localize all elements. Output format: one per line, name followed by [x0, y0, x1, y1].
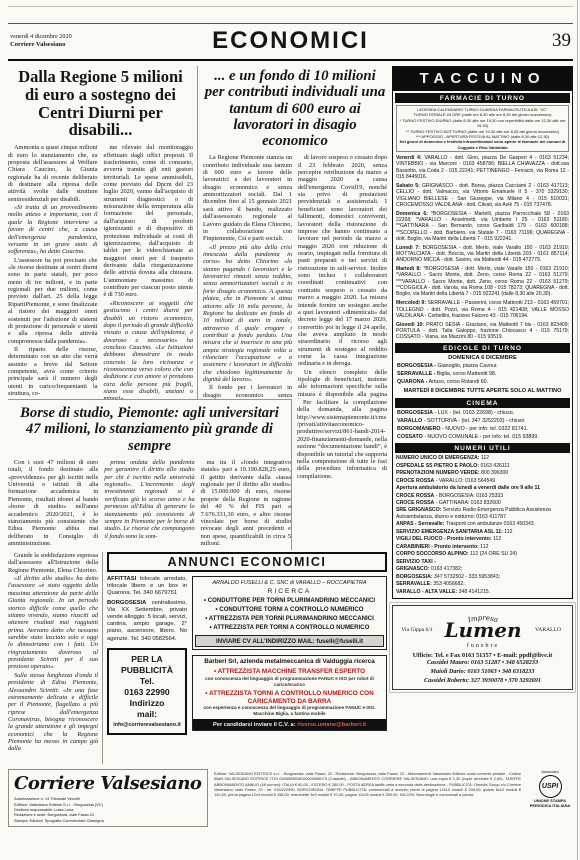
article-column-2: prima ondata della pandemia per garantir…: [104, 459, 194, 550]
numero-utile-entry: CORPO SOCCORSO ALPINO: 112 (24 ORE SU 24…: [396, 551, 569, 557]
borse-column-continuation: Grande la soddisfazione espressa dall'as…: [8, 552, 103, 764]
barberi-job-title: • ATTREZZISTA TORNI A CONTROLLO NUMERICO…: [197, 690, 382, 705]
article-columns: Con i suoi 47 milioni di euro totali, il…: [8, 459, 291, 550]
masthead-logo: Corriere Valsesiano: [14, 773, 202, 794]
numero-value: 347 5732502 - 333 5953843;: [434, 574, 500, 580]
fuselli-position: • CONDUTTORE TORNI A CONTROLLO NUMERICO: [196, 606, 383, 615]
paragraph-quote: «Si tratta di un provvedimento molto att…: [8, 204, 98, 256]
paragraph: Il riparto delle risorse, determinato co…: [8, 346, 98, 398]
numero-utile-entry: ANPAS - Serravalle: Trasporti con ambula…: [396, 521, 569, 527]
article-title: Dalla Regione 5 milioni di euro a sosteg…: [10, 68, 191, 139]
numero-label: ANPAS - Serravalle:: [396, 521, 444, 527]
article-centri-diurni: Dalla Regione 5 milioni di euro a sosteg…: [8, 66, 197, 399]
farmacie-entry: Martedì 8: *BORGOSESIA - dott. Merlo, vi…: [396, 266, 569, 298]
barberi-title: Barberi Srl, azienda metalmeccanica di V…: [199, 658, 380, 666]
cinema-detail: - NUOVO COMUNALE - per info: tel. 015 93…: [424, 434, 539, 440]
numero-label: BORGOSESIA:: [396, 574, 433, 580]
lumen-address: Via Gippa 6/1: [398, 627, 436, 633]
paragraph: L'assessore ha poi precisato che «le ris…: [8, 257, 98, 345]
cinema-entry: COSSATO - NUOVO COMUNALE - per info: tel…: [397, 434, 568, 441]
numero-label: OSPEDALE SS PIETRO E PAOLO:: [396, 463, 479, 469]
numero-label: Apertura ambulatorio da lunedì a venerdì…: [396, 485, 540, 491]
page-footer: Corriere Valsesiano Autorizzazione n. 14…: [8, 769, 573, 827]
fuselli-position: • ATTREZZISTA PER TORNI A CONTROLLO NUME…: [196, 624, 383, 633]
page-header: venerdì 4 dicembre 2020 Corriere Valsesi…: [8, 23, 573, 61]
numero-label: CROCE ROSSA: [396, 478, 434, 484]
edicola-entry: QUARONA - Artuso, corso Rolandi 60.: [397, 379, 568, 386]
classified-header: ANNUNCI ECONOMICI: [107, 552, 387, 572]
farmacie-entries: Venerdì 4: VARALLO - dott. Gino, piazza …: [396, 155, 569, 340]
paragraph-quote: «Riconoscere ai soggetti che gestiscono …: [104, 300, 194, 399]
masthead-detail-line: Stampa: Edizioni Tipografia Commerciale …: [14, 818, 202, 823]
paragraph: Un elenco completo delle tipologie di be…: [298, 369, 387, 399]
article-columns: La Regione Piemonte stanzia un contribut…: [203, 154, 387, 399]
fuselli-positions: • CONDUTTORE PER TORNI PLURIMANDRINO MEC…: [196, 597, 383, 632]
entry-text: VARALLO - dott. Gino, piazza De Gasperi …: [396, 155, 569, 180]
numero-utile-entry: CARABINIERI - Pronto intervento: 112: [396, 544, 569, 550]
page-trim-line: [8, 6, 573, 7]
fuselli-job-ad: ARNALDO FUSELLI & C. SNC di VARALLO – RO…: [192, 576, 387, 650]
numero-value: 0163 417382;: [431, 566, 462, 572]
article-columns: Ammonta a quasi cinque milioni di euro l…: [8, 144, 193, 399]
barberi-jobs: • ATTREZZISTA MACCHINE TRANSFER ESPERTO …: [193, 668, 386, 717]
paragraph-quote: «Il diritto allo studio» ha detto l'asse…: [8, 575, 98, 671]
lumen-contact-line: Cassidei Mauro: 0163 51287 • 348 6528233: [398, 659, 567, 668]
numero-utile-entry: SERVIZIO EMERGENZA SANITARIA ASL 11: 112: [396, 529, 569, 535]
association-logos: Associato USPI UNIONE STAMPA PERIODICA I…: [527, 769, 573, 809]
article-title: ... e un fondo di 10 milioni per contrib…: [203, 68, 387, 149]
advertising-contact-line: 0163 22990: [110, 687, 184, 698]
paragraph: di lavoro sospeso o cessato dopo il 23 f…: [298, 154, 387, 367]
barberi-job: • ATTREZZISTA MACCHINE TRANSFER ESPERTO …: [193, 668, 386, 688]
display-ads-column: ARNALDO FUSELLI & C. SNC di VARALLO – RO…: [192, 576, 387, 735]
numero-label: CARABINIERI - Pronto intervento:: [396, 544, 479, 550]
barberi-cv-label: Per candidarsi inviare il C.V. a:: [213, 722, 296, 728]
advertising-contact-box: PER LAPUBBLICITÀTel.0163 22990Indirizzom…: [107, 648, 187, 735]
entry-day: Venerdì 4:: [396, 155, 422, 161]
edicola-town: QUARONA -: [397, 379, 427, 385]
numero-label: SRE GRIGNASCO:: [396, 507, 441, 513]
cinema-detail: - LUX - (tel. 0163 22698) - chiuso.: [434, 410, 514, 416]
paragraph: Per facilitare la compilazione della dom…: [297, 399, 387, 480]
advertising-contact-line: PER LA: [110, 654, 184, 665]
lumen-logo: Impresa Lumen funebre: [439, 609, 527, 651]
edition-info: venerdì 4 dicembre 2020 Corriere Valsesi…: [10, 33, 128, 50]
numeri-utili-items: NUMERO UNICO DI EMERGENZA: 112 OSPEDALE …: [393, 455, 572, 595]
lumen-office-line: Ufficio: Tel. e Fax 0163 51357 • E-mail:…: [398, 652, 567, 659]
borse-row: Borse di studio, Piemonte: agli universi…: [8, 399, 387, 550]
lumen-contacts: Cassidei Mauro: 0163 51287 • 348 6528233…: [398, 659, 567, 685]
numero-value: - GATTINARA: 0163 832600: [436, 500, 501, 506]
numero-utile-entry: NUMERO UNICO DI EMERGENZA: 112: [396, 455, 569, 461]
numeri-utili-header: NUMERI UTILI: [395, 443, 570, 453]
numero-utile-entry: SERVIZIO TAXI -: [396, 559, 569, 565]
farmacie-legend: LEGENDA CALENDARIO TURNO GUARDIA FARMACE…: [396, 105, 569, 152]
numero-label: CROCE ROSSA: [396, 493, 434, 499]
paper-name: Corriere Valsesiano: [10, 41, 128, 50]
paragraph: Con i suoi 47 milioni di euro totali, il…: [8, 459, 98, 547]
numero-label: NUMERO UNICO DI EMERGENZA:: [396, 455, 479, 461]
barberi-job-description: con esperienza e conoscenza del linguagg…: [201, 705, 378, 717]
numero-value: - VARALLO: 0163 564549: [436, 478, 495, 484]
cinema-town: BORGOSESIA: [397, 410, 433, 416]
edicola-detail: Gianoglio, piazza Cavour.: [437, 363, 497, 369]
paragraph-quote: «Il prezzo più alto della crisi innescat…: [203, 244, 292, 384]
barberi-job: • ATTREZZISTA TORNI A CONTROLLO NUMERICO…: [193, 690, 386, 717]
paragraph-quote: Sulla stessa lunghezza d'onda il preside…: [8, 672, 98, 753]
cinema-detail: - SOTTORIVA - (tel. 347 3252203) - chius…: [424, 418, 525, 424]
numero-label: SERRAVALLE:: [396, 581, 432, 587]
advertising-contact-line: PUBBLICITÀ: [110, 665, 184, 676]
lumen-town: VARALLO: [529, 627, 567, 633]
numero-label: GRIGNASCO:: [396, 566, 429, 572]
edicola-entry: SERRAVALLE - Biglia, corso Matteotti 98.: [397, 371, 568, 378]
cinema-entry: VARALLO - SOTTORIVA - (tel. 347 3252203)…: [397, 418, 568, 425]
small-ads-column: AFFITTASI bilocale arredato, trilocale l…: [107, 576, 187, 735]
numero-utile-entry: SERRAVALLE: 353 4056682;: [396, 581, 569, 587]
barberi-cv-email: risorse.umane@barberi.it: [297, 722, 366, 728]
lumen-funeral-ad: Via Gippa 6/1 Impresa Lumen funebre VARA…: [392, 605, 573, 690]
entry-text: *BORGOSESIA - dott. Merlo, viale Varallo…: [396, 266, 569, 297]
fuselli-position: • CONDUTTORE PER TORNI PLURIMANDRINO MEC…: [196, 597, 383, 606]
numero-label: SERVIZIO TAXI -: [396, 559, 436, 565]
article-borse-di-studio: Borse di studio, Piemonte: agli universi…: [8, 399, 291, 550]
article-column-1: Con i suoi 47 milioni di euro totali, il…: [8, 459, 98, 550]
legend-line: TURNO FERIALE 24 ORE (dalle ore 8,30 all…: [399, 112, 566, 117]
paragraph: Il fondo per i lavoratori in disagio eco…: [203, 384, 292, 399]
edicole-header: EDICOLE DI TURNO: [395, 343, 570, 353]
fuselli-position: • ATTREZZISTA PER TORNI PLURIMANDRINO ME…: [196, 615, 383, 624]
cinema-town: COSSATO: [397, 434, 423, 440]
legend-line: Nei giorni di domenica e festività infra…: [399, 139, 566, 150]
farmacie-entry: Venerdì 4: VARALLO - dott. Gino, piazza …: [396, 155, 569, 180]
numero-label: CROCE ROSSA: [396, 500, 434, 506]
small-ad: BORGOSESIA centralissimo, Via XX Settemb…: [107, 600, 187, 642]
cinema-detail: - NUOVO - per info: tel. 0322 81741.: [442, 426, 528, 432]
classified-ads-section: ANNUNCI ECONOMICI AFFITTASI bilocale arr…: [107, 552, 387, 764]
article-column-3: ma tra il «fondo integrativo statale» pa…: [201, 459, 291, 550]
numero-value: 112 (24 ORE SU 24): [470, 551, 517, 557]
entry-day: Giovedì 10:: [396, 322, 424, 328]
article-title: Borse di studio, Piemonte: agli universi…: [12, 405, 287, 454]
numero-utile-entry: OSPEDALE SS PIETRO E PAOLO: 0163 426111: [396, 463, 569, 469]
colophon-fine-print: Editore: VALSESIANO EDITRICE s.r.l. - Bo…: [214, 769, 521, 797]
barberi-job-title: • ATTREZZISTA MACCHINE TRANSFER ESPERTO: [197, 668, 382, 676]
taccuino-box: TACCUINO FARMACIE DI TURNO LEGENDA CALEN…: [392, 66, 573, 599]
article-fondo-10-milioni: ... e un fondo di 10 milioni per contrib…: [197, 66, 387, 399]
masthead-details: Autorizzazione n. 14 Tribunale VercelliE…: [14, 796, 202, 823]
numero-value: - BORGOSESIA: 0163 25333: [436, 493, 503, 499]
edicola-detail: Artuso, corso Rolandi 60.: [429, 379, 488, 385]
numero-label: SERVIZIO EMERGENZA SANITARIA ASL 11:: [396, 529, 503, 535]
ad-lead-word: BORGOSESIA: [107, 600, 146, 606]
article2-column-continuation: Per facilitare la compilazione della dom…: [291, 399, 387, 550]
uspi-logo: USPI: [539, 775, 562, 798]
cinema-header: CINEMA: [395, 398, 570, 408]
unione-stampa-label: UNIONE STAMPA PERIODICA ITALIANA: [527, 799, 573, 809]
ad-lead-word: AFFITTASI: [107, 576, 136, 582]
farmacie-entry: Sabato 5: GRIGNASCO - dott. Borsa, piazz…: [396, 183, 569, 208]
entry-day: Sabato 5:: [396, 183, 420, 189]
advertising-contact-line: Indirizzo: [110, 698, 184, 709]
lumen-logo-row: Via Gippa 6/1 Impresa Lumen funebre VARA…: [398, 609, 567, 651]
cinema-town: VARALLO: [397, 418, 422, 424]
legend-line: * TURNO FESTIVO DIURNO (dalle 8,30 alle …: [399, 118, 566, 129]
paragraph: Grande la soddisfazione espressa dall'as…: [8, 552, 98, 574]
lumen-subtitle: funebre: [466, 642, 498, 649]
farmacie-entry: Lunedì 7: BORGOSESIA - dott. Merlo, vial…: [396, 245, 569, 264]
numero-value: 112: [504, 529, 512, 535]
farmacie-header: FARMACIE DI TURNO: [395, 93, 570, 103]
numero-value: 112: [493, 536, 501, 542]
numero-value: Trasporti con ambulanze 0163 450343: [446, 521, 534, 527]
entry-text: BORGOSESIA - dott. Merlo, viale Varallo …: [396, 245, 569, 264]
entry-text: GRIGNASCO - dott. Borsa, piazza Cacciami…: [396, 183, 569, 208]
cinema-entry: BORGOSESIA - LUX - (tel. 0163 22698) - c…: [397, 410, 568, 417]
classified-body: AFFITTASI bilocale arredato, trilocale l…: [107, 576, 387, 735]
farmacie-entry: Giovedì 10: PRATO SESIA - Graziano, via …: [396, 322, 569, 341]
fuselli-cv-instruction: INVIARE CV ALL'INDIRIZZO MAIL: fuselli@f…: [195, 635, 384, 647]
ad-text: centralissimo, Via XX Settembre, privato…: [107, 600, 187, 641]
main-content: Dalla Regione 5 milioni di euro a sosteg…: [8, 66, 573, 764]
barberi-job-description: con conoscenza del linguaggio di program…: [201, 676, 378, 688]
numero-label: VARALLO - ALTA VALLE:: [396, 589, 457, 595]
cinema-entry: BORGOMANERO - NUOVO - per info: tel. 032…: [397, 426, 568, 433]
numero-label: VIGILI DEL FUOCO - Pronto intervento:: [396, 536, 492, 542]
article-column-1: La Regione Piemonte stanzia un contribut…: [203, 154, 292, 399]
entry-day: Domenica 6:: [396, 211, 428, 217]
farmacie-entry: Mercoledì 9: SERRAVALLE - Passerini, cor…: [396, 300, 569, 319]
edicole-note: MARTEDÌ 8 DICEMBRE TUTTE APERTE SOLO AL …: [403, 388, 562, 395]
page-number: 39: [453, 30, 571, 52]
edicola-entry: BORGOSESIA - Gianoglio, piazza Cavour.: [397, 363, 568, 370]
fuselli-ricerca-label: RICERCA: [196, 588, 383, 595]
entry-day: Martedì 8:: [396, 266, 421, 272]
entry-day: Mercoledì 9:: [396, 300, 426, 306]
cinema-town: BORGOMANERO: [397, 426, 441, 432]
numero-value: 353 4056682;: [433, 581, 464, 587]
numero-utile-entry: CROCE ROSSA - GATTINARA: 0163 832600: [396, 500, 569, 506]
taccuino-title: TACCUINO: [393, 67, 572, 91]
cinema-items: BORGOSESIA - LUX - (tel. 0163 22698) - c…: [393, 410, 572, 441]
masthead-box: Corriere Valsesiano Autorizzazione n. 14…: [8, 769, 208, 827]
edicole-date: DOMENICA 6 DICEMBRE: [393, 355, 572, 361]
edicola-town: BORGOSESIA -: [397, 363, 436, 369]
numero-value: 112: [480, 544, 488, 550]
articles-zone: Dalla Regione 5 milioni di euro a sosteg…: [8, 66, 387, 764]
numero-label: PRENOTAZIONI NUMERO VERDE:: [396, 470, 480, 476]
numero-utile-entry: BORGOSESIA: 347 5732502 - 333 5953843;: [396, 574, 569, 580]
paragraph: Ammonta a quasi cinque milioni di euro l…: [8, 144, 98, 203]
lumen-contact-line: Maioli Dario: 0163 51063 • 348 6318233: [398, 668, 567, 677]
numero-value: 112: [481, 455, 489, 461]
article-column-1: Ammonta a quasi cinque milioni di euro l…: [8, 144, 98, 399]
numero-label: CORPO SOCCORSO ALPINO:: [396, 551, 469, 557]
article-column-2: di lavoro sospeso o cessato dopo il 23 f…: [298, 154, 387, 399]
numero-utile-entry: CROCE ROSSA - BORGOSESIA: 0163 25333: [396, 493, 569, 499]
numero-value: 348 4141215.: [459, 589, 490, 595]
lumen-name: Lumen: [443, 618, 521, 642]
numero-utile-entry: PRENOTAZIONI NUMERO VERDE: 800 396300: [396, 470, 569, 476]
edicole-items: BORGOSESIA - Gianoglio, piazza Cavour. S…: [393, 363, 572, 386]
numero-utile-entry: VIGILI DEL FUOCO - Pronto intervento: 11…: [396, 536, 569, 542]
lumen-contact-line: Cassidei Roberto: 327 3930078 • 370 3292…: [398, 677, 567, 686]
farmacie-entry: Domenica 6: *BORGOSESIA - Martelli, piaz…: [396, 211, 569, 243]
small-ads-list: AFFITTASI bilocale arredato, trilocale l…: [107, 576, 187, 643]
taccuino-column: TACCUINO FARMACIE DI TURNO LEGENDA CALEN…: [392, 66, 573, 764]
top-articles-row: Dalla Regione 5 milioni di euro a sosteg…: [8, 66, 387, 399]
numero-utile-entry: VARALLO - ALTA VALLE: 348 4141215.: [396, 589, 569, 595]
small-ad: AFFITTASI bilocale arredato, trilocale l…: [107, 576, 187, 597]
barberi-job-ad: Barberi Srl, azienda metalmeccanica di V…: [192, 655, 387, 731]
advertising-contact-line: Tel.: [110, 676, 184, 687]
entry-day: Lunedì 7:: [396, 245, 420, 251]
paragraph: me rilevato dal monitoraggio effettuato …: [104, 144, 194, 299]
advertising-contact-line: mail:: [110, 709, 184, 720]
associato-label: Associato: [527, 769, 573, 774]
newspaper-page: venerdì 4 dicembre 2020 Corriere Valsesi…: [0, 0, 580, 860]
numero-utile-entry: SRE GRIGNASCO: Servizio Radio Emergenza …: [396, 507, 569, 520]
advertising-contact-line: info@corrierevalsesiano.it: [110, 722, 184, 729]
bottom-row: Grande la soddisfazione espressa dall'as…: [8, 552, 387, 764]
article-column-2: me rilevato dal monitoraggio effettuato …: [104, 144, 194, 399]
numero-value: 800 396300: [481, 470, 508, 476]
date-line: venerdì 4 dicembre 2020: [10, 33, 128, 41]
numero-utile-entry: Apertura ambulatorio da lunedì a venerdì…: [396, 485, 569, 491]
paragraph: La Regione Piemonte stanzia un contribut…: [203, 154, 292, 242]
section-title: ECONOMICI: [128, 27, 453, 55]
numero-utile-entry: CROCE ROSSA - VARALLO: 0163 564549: [396, 478, 569, 484]
paragraph: prima ondata della pandemia per garantir…: [104, 459, 194, 540]
edicola-detail: Biglia, corso Matteotti 98.: [437, 371, 496, 377]
barberi-cv-instruction: Per candidarsi inviare il C.V. a: risors…: [193, 719, 386, 730]
edicola-town: SERRAVALLE -: [397, 371, 435, 377]
fuselli-company-name: ARNALDO FUSELLI & C. SNC di VARALLO – RO…: [196, 580, 383, 586]
numero-utile-entry: GRIGNASCO: 0163 417382;: [396, 566, 569, 572]
paragraph: ma tra il «fondo integrativo statale» pa…: [201, 459, 291, 547]
numero-value: 0163 426111: [480, 463, 509, 469]
